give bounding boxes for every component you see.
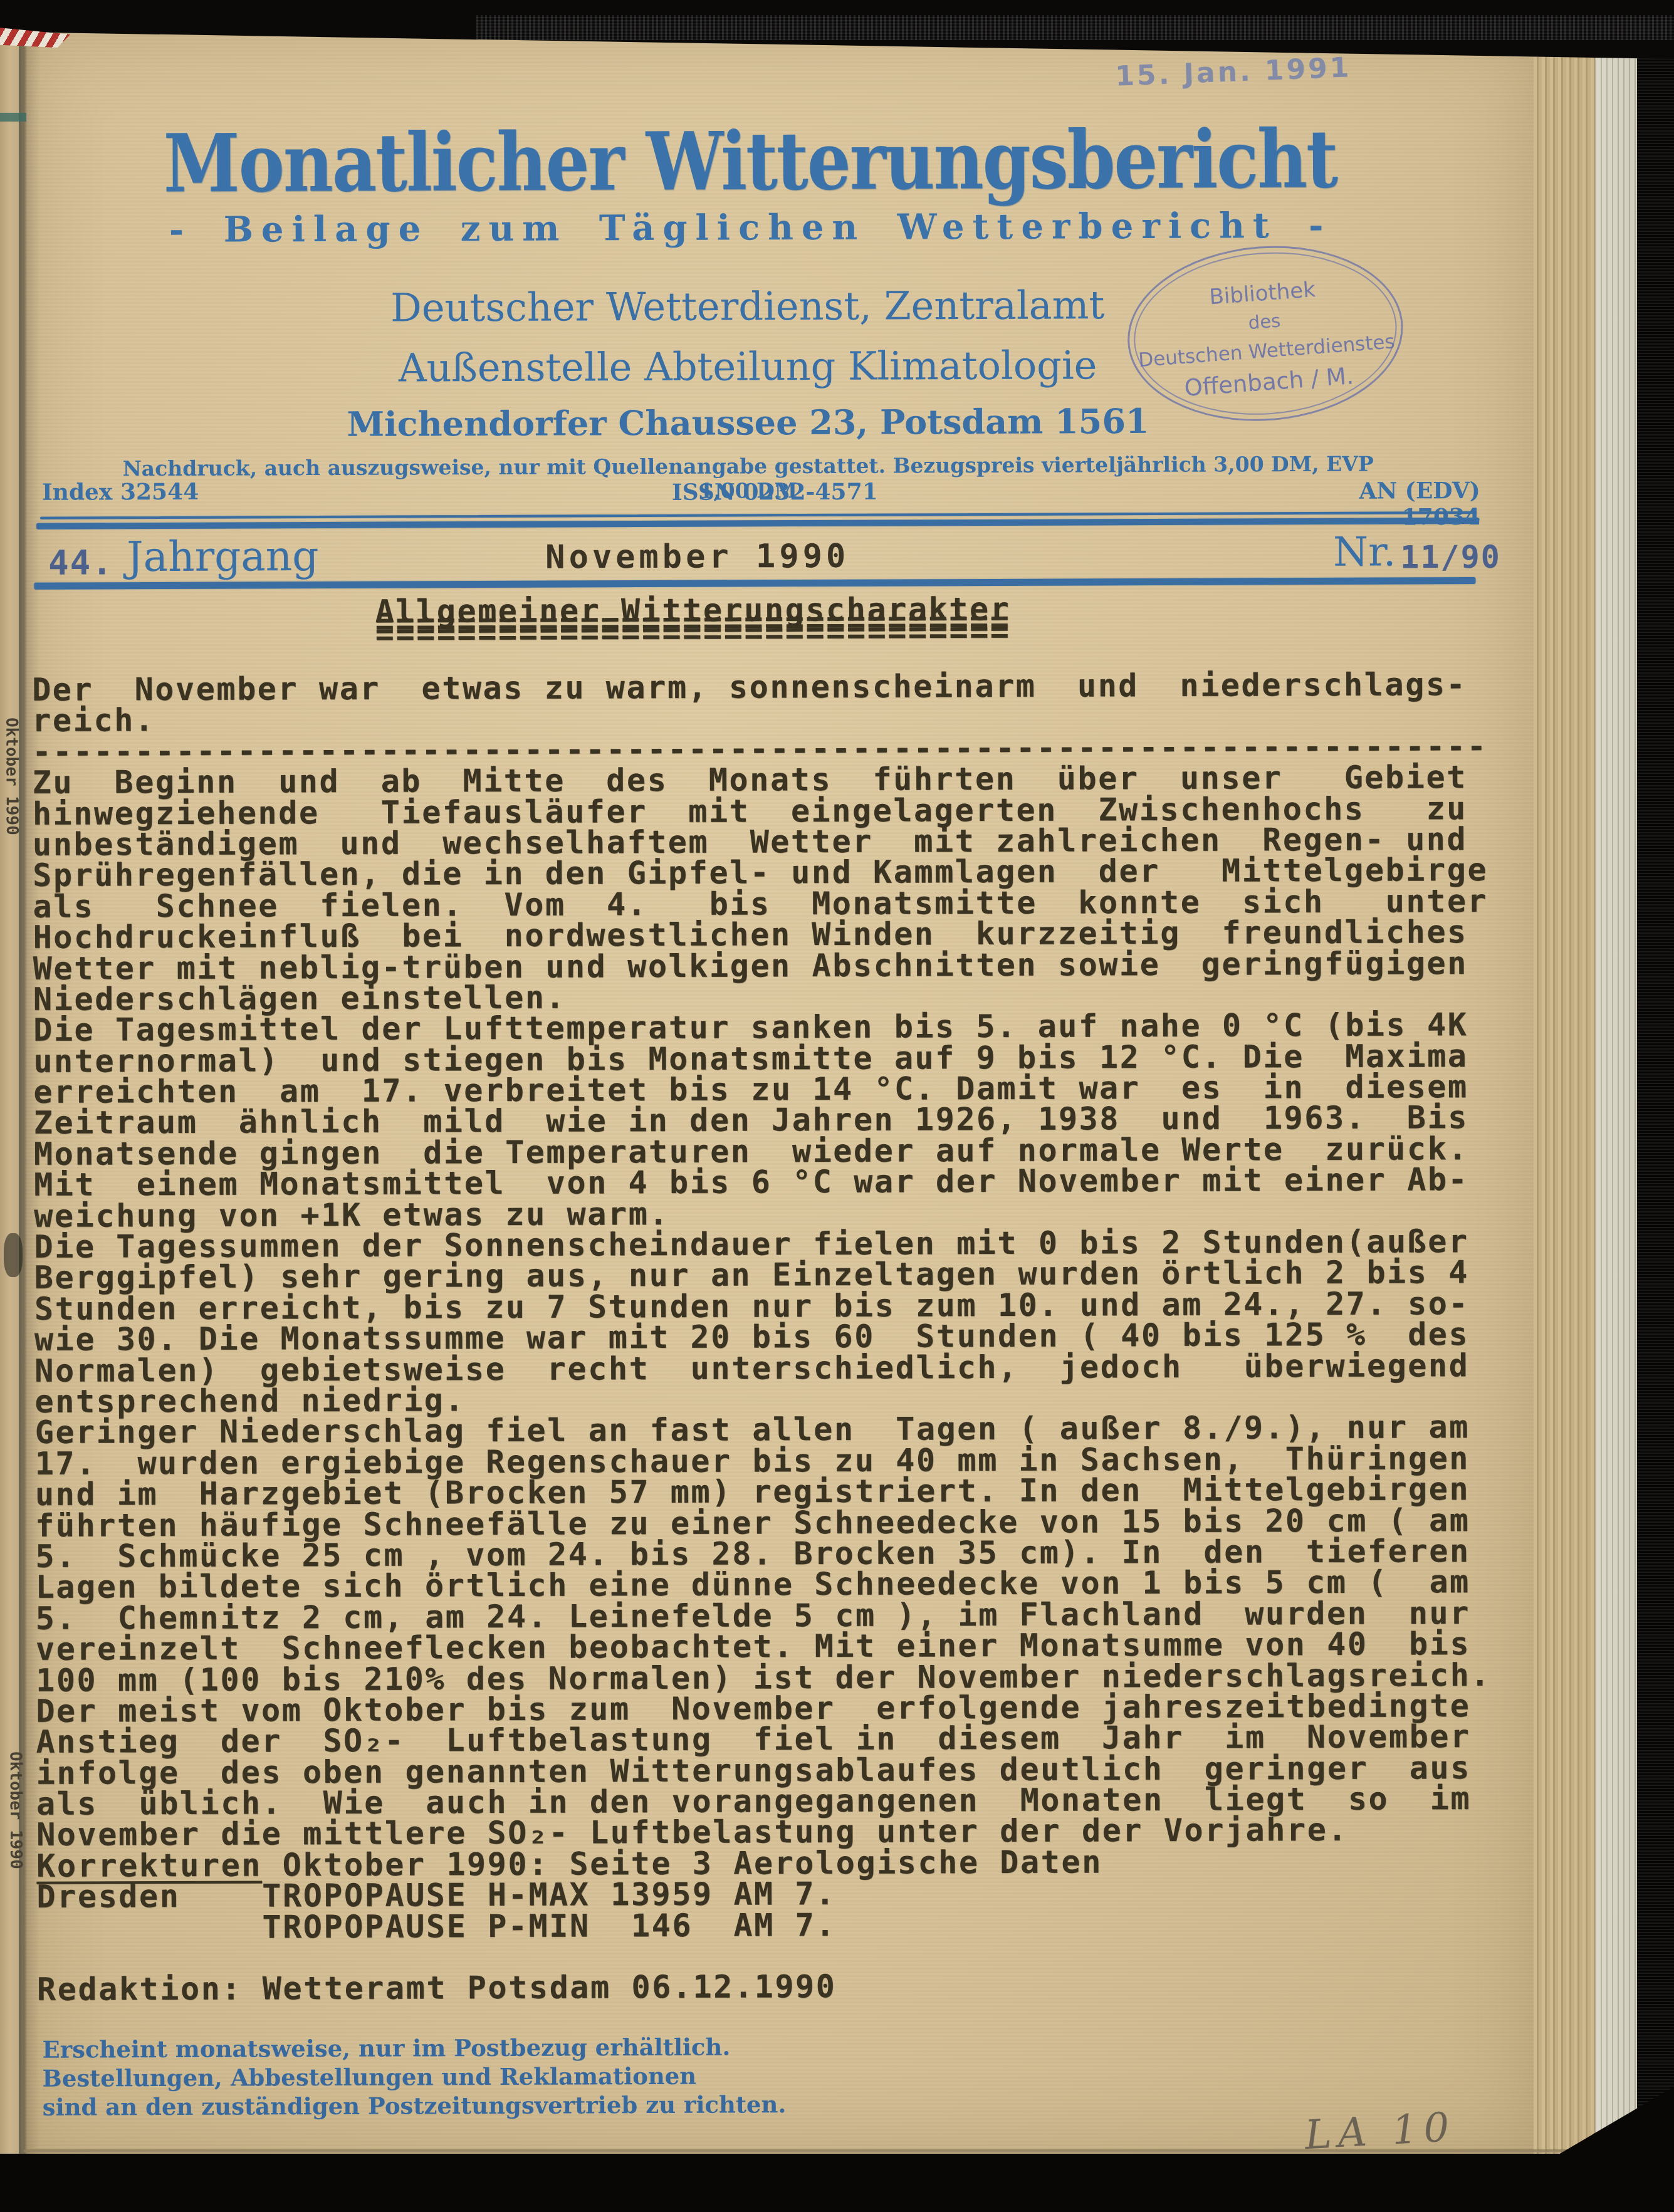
postal-address: Michendorfer Chaussee 23, Potsdam 1561 bbox=[99, 400, 1396, 445]
organization-line-1: Deutscher Wetterdienst, Zentralamt bbox=[99, 281, 1396, 331]
volume-label: Jahrgang bbox=[127, 532, 319, 581]
scanned-document-page: 15. Jan. 1991 Bibliothek des Deutschen W… bbox=[0, 0, 1674, 2212]
typewriter-line: Normalen) gebietsweise recht unterschied… bbox=[34, 1350, 1495, 1386]
page-edge-label: Oktober 1990 bbox=[6, 1751, 26, 1869]
issue-number-label: Nr. bbox=[1333, 529, 1396, 575]
typewriter-line: Der November war etwas zu warm, sonnensc… bbox=[32, 669, 1492, 706]
issn-number: ISSN 0232-4571 bbox=[672, 479, 878, 506]
footer-note-line: Bestellungen, Abbestellungen und Reklama… bbox=[42, 2062, 696, 2092]
heading-underline: =============================== bbox=[375, 627, 1011, 639]
volume-number: 44. bbox=[48, 543, 113, 582]
received-date-stamp: 15. Jan. 1991 bbox=[1114, 49, 1429, 93]
footer-note-line: sind an den zuständigen Postzeitungsvert… bbox=[43, 2090, 787, 2121]
typewriter-block: Der November war etwas zu warm, sonnensc… bbox=[32, 669, 1497, 2006]
page-edge-label: Oktober 1990 bbox=[2, 717, 21, 835]
typewriter-line: Mit einem Monatsmittel von 4 bis 6 °C wa… bbox=[34, 1164, 1494, 1201]
publication-subtitle: - Beilage zum Täglichen Wetterbericht - bbox=[98, 204, 1402, 251]
issue-number-value: 11/90 bbox=[1400, 539, 1501, 576]
typewriter-line: Wetter mit neblig-trüben und wolkigen Ab… bbox=[33, 947, 1494, 984]
organization-line-2: Außenstelle Abteilung Klimatologie bbox=[99, 341, 1396, 392]
footer-note-line: Erscheint monatsweise, nur im Postbezug … bbox=[42, 2033, 730, 2063]
typewriter-line: Redaktion: Wetteramt Potsdam 06.12.1990 bbox=[37, 1969, 1497, 2005]
publication-title: Monatlicher Witterungsbericht bbox=[98, 112, 1403, 211]
typewriter-line: TROPOPAUSE P-MIN 146 AM 7. bbox=[37, 1907, 1497, 1943]
issue-month: November 1990 bbox=[545, 538, 849, 576]
handwritten-note: LA 10 bbox=[1304, 2104, 1457, 2159]
horizontal-rule-thick-top bbox=[36, 518, 1479, 530]
index-number: Index 32544 bbox=[42, 479, 199, 506]
